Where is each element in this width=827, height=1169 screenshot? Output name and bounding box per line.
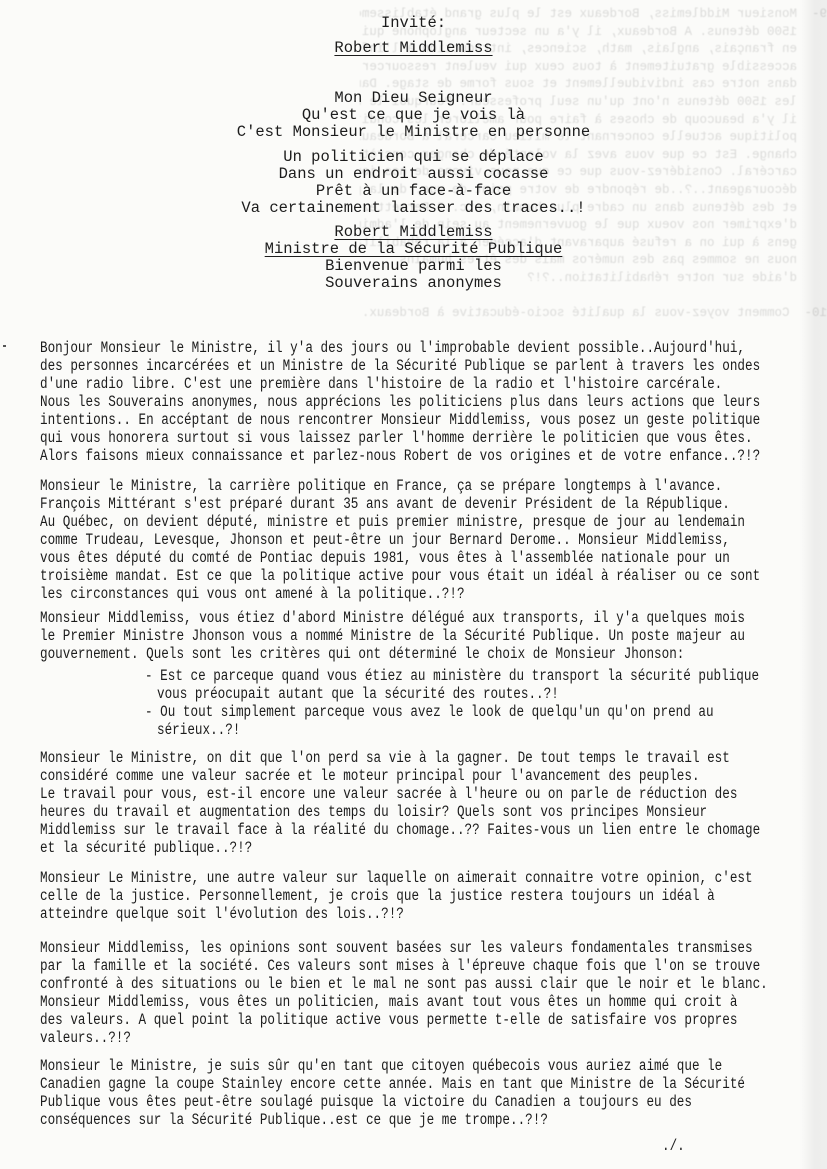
paragraph-6-line: confronté à des situations ou le bien et… [40,975,768,993]
paragraph-5-line: Monsieur Le Ministre, une autre valeur s… [40,869,753,887]
welcome-line: Bienvenue parmi les [0,257,827,275]
paragraph-7-line: conséquences sur la Sécurité Publique..e… [40,1111,548,1129]
welcome-line: Souverains anonymes [0,274,827,292]
paragraph-2-line: vous êtes député du comté de Pontiac dep… [40,549,730,567]
signature-title: Ministre de la Sécurité Publique [0,240,827,258]
poem-line: Mon Dieu Seigneur [0,89,827,107]
poem-line: Prêt à un face-à-face [0,182,827,200]
paragraph-4-line: considéré comme une valeur sacrée et le … [40,767,700,785]
guest-label: Invité: [0,14,827,32]
paragraph-2-line: Monsieur le Ministre, la carrière politi… [40,477,722,495]
paragraph-4-line: Middlemiss sur le travail face à la réal… [40,821,760,839]
poem-line: C'est Monsieur le Ministre en personne [0,123,827,141]
paragraph-6-line: par la famille et la société. Ces valeur… [40,957,760,975]
paragraph-4-line: et la sécurité publique..?!? [40,839,252,857]
paragraph-4-line: Monsieur le Ministre, on dit que l'on pe… [40,749,730,767]
paragraph-3-line: le Premier Ministre Jhonson vous a nommé… [40,627,745,645]
paragraph-3-line: Monsieur Middlemiss, vous étiez d'abord … [40,609,745,627]
paragraph-3-line: gouvernement. Quels sont les critères qu… [40,645,684,663]
paragraph-6-line: Monsieur Middlemiss, vous êtes un politi… [40,993,737,1011]
margin-mark [3,345,6,347]
paragraph-2-line: comme Trudeau, Levesque, Jhonson et peut… [40,531,730,549]
bullet-item-continuation: sérieux..?! [157,721,240,739]
paragraph-2-line: troisième mandat. Est ce que la politiqu… [40,567,760,585]
poem-line: Dans un endroit aussi cocasse [0,165,827,183]
bullet-item-continuation: vous préocupait autant que la sécurité d… [157,685,559,703]
paragraph-4-line: heures du travail et augmentation des te… [40,803,707,821]
paragraph-7-line: Monsieur le Ministre, je suis sûr qu'en … [40,1057,722,1075]
poem-line: Va certainement laisser des traces..! [0,199,827,217]
document-page: 9- Monsieur Middlemiss, Bordeaux est le … [0,0,827,1169]
paragraph-7-line: Canadien gagne la coupe Stainley encore … [40,1075,745,1093]
paragraph-2-line: Au Québec, on devient député, ministre e… [40,513,745,531]
paragraph-6-line: valeurs..?!? [40,1029,131,1047]
continuation-mark: ./. [662,1137,685,1155]
paragraph-6-line: des valeurs. A quel point la politique a… [40,1011,737,1029]
poem-line: Un politicien qui se déplace [0,148,827,166]
paragraph-4-line: Le travail pour vous, est-il encore une … [40,785,737,803]
paragraph-2-line: les circonstances qui vous ont amené à l… [40,585,465,603]
paragraph-1-line: des personnes incarcérées et un Ministre… [40,357,760,375]
paragraph-2-line: François Mittérant s'est préparé durant … [40,495,730,513]
paragraph-1-line: qui vous honorera surtout si vous laisse… [40,429,753,447]
paragraph-1-line: Nous les Souverains anonymes, nous appré… [40,393,760,411]
bullet-item: - Ou tout simplement parceque vous avez … [145,703,714,721]
signature-name: Robert Middlemiss [0,223,827,241]
paragraph-7-line: Publique vous êtes peut-être soulagé pui… [40,1093,692,1111]
poem-line: Qu'est ce que je vois là [0,106,827,124]
paragraph-1-line: Alors faisons mieux connaissance et parl… [40,447,760,465]
paragraph-1-line: Bonjour Monsieur le Ministre, il y'a des… [40,339,745,357]
paragraph-6-line: Monsieur Middlemiss, les opinions sont s… [40,939,753,957]
paragraph-1-line: d'une radio libre. C'est une première da… [40,375,722,393]
paragraph-5-line: celle de la justice. Personnellement, je… [40,887,715,905]
paragraph-1-line: intentions.. En accéptant de nous rencon… [40,411,760,429]
paragraph-5-line: atteindre quelque soit l'évolution des l… [40,905,404,923]
guest-name: Robert Middlemiss [0,39,827,57]
bullet-item: - Est ce parceque quand vous étiez au mi… [145,667,759,685]
